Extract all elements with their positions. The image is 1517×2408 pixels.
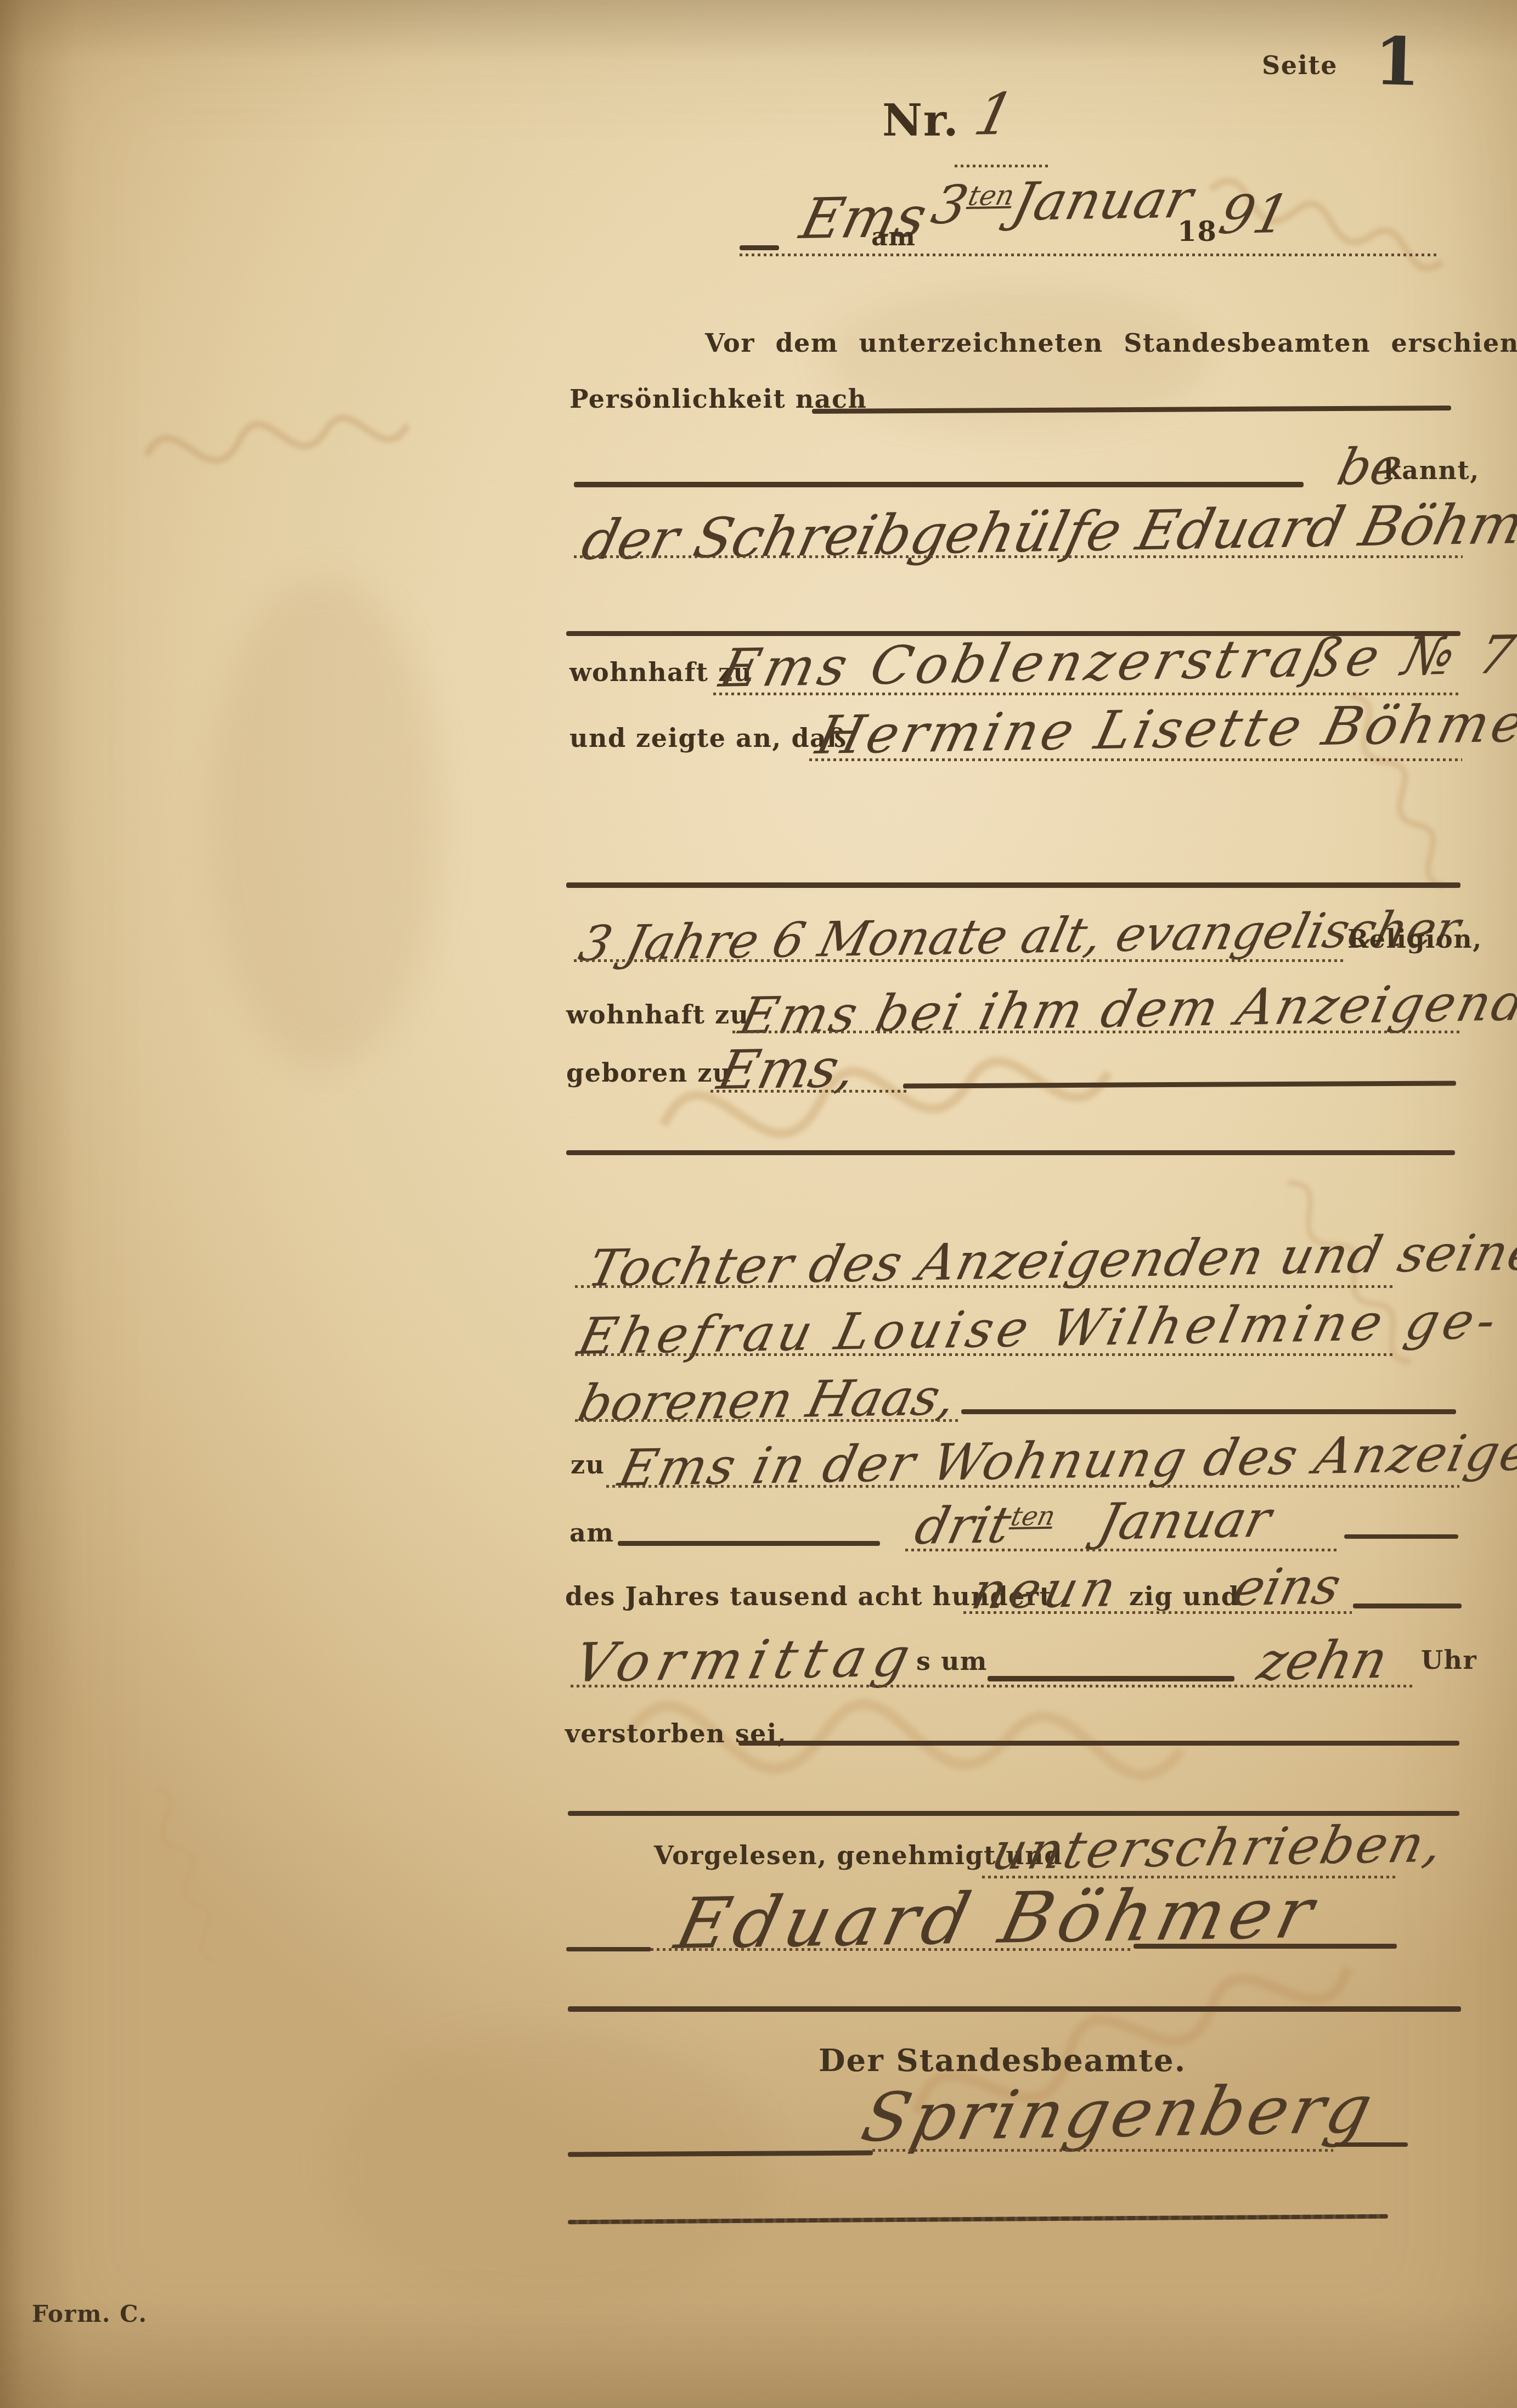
uhr-label: Uhr bbox=[1421, 1645, 1477, 1675]
zeigte-an-label: und zeigte an, daß bbox=[569, 723, 847, 753]
am-label-2: am bbox=[569, 1518, 614, 1548]
struck-ruled-line bbox=[566, 882, 1460, 888]
dotted-fill-line bbox=[575, 1285, 1392, 1288]
dotted-fill-line bbox=[574, 959, 1346, 962]
strike-line bbox=[618, 1541, 880, 1546]
zu-label: zu bbox=[571, 1450, 605, 1479]
dotted-fill-line bbox=[955, 165, 1051, 167]
religion-label: Religion, bbox=[1347, 924, 1482, 954]
year-ones-handwritten: eins bbox=[1228, 1557, 1346, 1617]
ink-showthrough-ghost bbox=[631, 1021, 1169, 1229]
dotted-fill-line bbox=[905, 1549, 1339, 1551]
page-number-stamp: 1 bbox=[1373, 22, 1422, 101]
dotted-fill-line bbox=[872, 2149, 1333, 2152]
seite-label: Seite bbox=[1262, 50, 1338, 80]
death-month-handwritten: Januar bbox=[1093, 1490, 1277, 1551]
strike-line bbox=[738, 1741, 1459, 1746]
dotted-fill-line bbox=[713, 693, 1460, 695]
dotted-fill-line bbox=[571, 1685, 1416, 1687]
declarant-signature: Eduard Böhmer bbox=[668, 1872, 1326, 1965]
s-um-label: s um bbox=[916, 1646, 988, 1676]
deceased-name-handwritten: Hermine Lisette Böhmer, bbox=[811, 691, 1517, 766]
struck-ruled-line bbox=[568, 1811, 1459, 1816]
dotted-fill-line bbox=[710, 1090, 908, 1093]
strike-line bbox=[1353, 1604, 1462, 1608]
intro-line-printed: Vor dem unterzeichneten Standesbeamten e… bbox=[705, 328, 1517, 358]
strike-line bbox=[988, 1676, 1234, 1681]
ink-showthrough-ghost bbox=[0, 1746, 384, 2019]
strike-line bbox=[1133, 1944, 1397, 1949]
dotted-fill-line bbox=[963, 1611, 1352, 1614]
strike-line bbox=[1344, 1534, 1458, 1539]
dotted-fill-line bbox=[575, 1353, 1392, 1356]
strike-line bbox=[574, 482, 1304, 487]
dotted-fill-line bbox=[575, 1419, 959, 1422]
declarant-line-handwritten: der Schreibgehülfe Eduard Böhmer, bbox=[576, 491, 1517, 572]
death-day-handwritten: dritten bbox=[910, 1495, 1059, 1556]
am-label: am bbox=[871, 222, 916, 251]
deceased-residence-handwritten: Ems bei ihm dem Anzeigenden, bbox=[734, 971, 1517, 1045]
year-printed-prefix: 18 bbox=[1177, 215, 1217, 247]
document-page: Seite 1 Nr. 1 Ems am 3ten Januar 18 91 V… bbox=[0, 0, 1517, 2408]
dotted-fill-line bbox=[732, 1031, 1461, 1033]
record-number-label: Nr. bbox=[882, 94, 959, 146]
wohnhaft-label-2: wohnhaft zu bbox=[566, 1000, 749, 1029]
record-number-value: 1 bbox=[968, 81, 1020, 148]
official-signature: Springenberg bbox=[855, 2070, 1383, 2157]
geboren-label: geboren zu bbox=[566, 1058, 732, 1088]
standesbeamte-label: Der Standesbeamte. bbox=[819, 2043, 1186, 2079]
record-month-handwritten: Januar bbox=[1007, 168, 1199, 233]
strike-line bbox=[566, 1947, 651, 1951]
dotted-fill-line bbox=[574, 555, 1463, 558]
unterschrieben-handwritten: unterschrieben, bbox=[986, 1814, 1451, 1882]
strike-line bbox=[568, 2151, 873, 2157]
struck-ruled-line bbox=[568, 2006, 1461, 2012]
paper-stain bbox=[329, 2030, 768, 2305]
dotted-fill-line bbox=[606, 1485, 1459, 1488]
dotted-fill-line bbox=[651, 1948, 1132, 1951]
struck-ruled-line bbox=[566, 1150, 1455, 1155]
hour-handwritten: zehn bbox=[1252, 1629, 1394, 1692]
bekannt-printed: kannt, bbox=[1384, 455, 1480, 485]
dotted-fill-line bbox=[809, 758, 1462, 761]
form-label: Form. C. bbox=[32, 2300, 148, 2327]
ink-showthrough-ghost bbox=[143, 340, 428, 571]
dotted-fill-line bbox=[740, 254, 1437, 256]
strike-line bbox=[740, 245, 779, 250]
parentage-line-3-handwritten: borenen Haas, bbox=[573, 1368, 962, 1433]
zig-und-label: zig und bbox=[1129, 1582, 1239, 1611]
record-day-handwritten: 3ten bbox=[926, 173, 1019, 236]
strike-line bbox=[1334, 2142, 1408, 2147]
strike-line bbox=[961, 1409, 1456, 1414]
paper-stain bbox=[208, 576, 439, 1070]
